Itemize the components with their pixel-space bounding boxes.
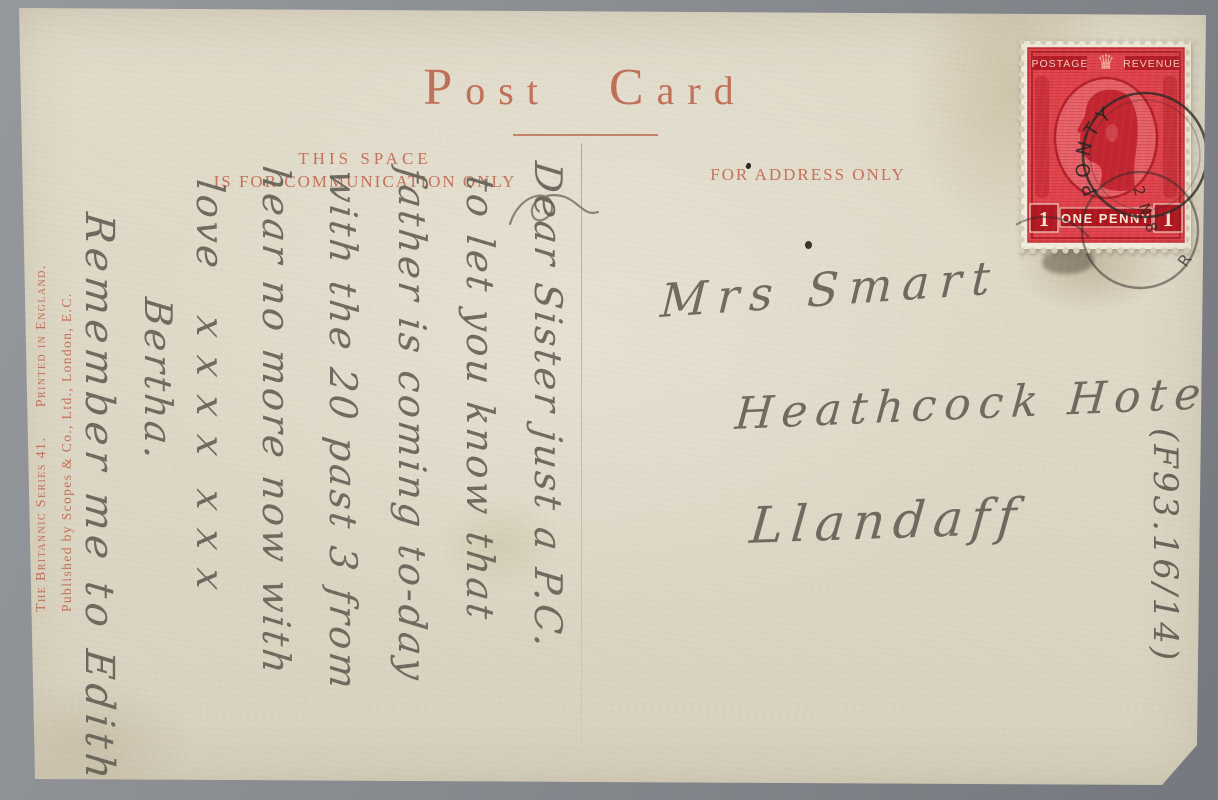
address-recipient: Mrs Smart: [659, 250, 1001, 328]
postmark: PONTY 2 N 8 R: [990, 60, 1218, 320]
pencil-squiggle: [505, 182, 605, 240]
postcard: Post Card THIS SPACE IS FOR COMMUNICATIO…: [0, 0, 1218, 800]
catalog-number: (F93.16/14): [1145, 428, 1185, 663]
imprint-series-line: The Britannic Series 41. Printed in Engl…: [34, 264, 50, 612]
postcard-title: Post Card: [360, 62, 810, 117]
postmark-date-text: 2 N 8: [1129, 184, 1162, 237]
message-line: to let you know that: [458, 174, 502, 624]
title-word-card: Card: [609, 62, 747, 117]
handwritten-message: Dear Sister just a P.C. to let you know …: [58, 158, 570, 750]
postmark-town-text: PONTY: [1072, 101, 1119, 200]
message-line: with the 20 past 3 from: [321, 168, 365, 694]
message-line: father is coming to-day: [390, 166, 434, 685]
address-label: FOR ADDRESS ONLY: [688, 165, 928, 185]
postmark-ring-partial: [990, 196, 1124, 320]
scan-background: Post Card THIS SPACE IS FOR COMMUNICATIO…: [0, 0, 1218, 800]
title-word-post: Post: [423, 62, 551, 117]
ink-dot: [805, 241, 812, 249]
message-line: hear no more now with: [254, 164, 298, 679]
address-town: Llandaff: [748, 487, 1027, 555]
title-underline-rule: [513, 134, 658, 136]
message-postscript: Remember me to Edith.: [76, 211, 122, 800]
message-kisses-line: love x x x x x x x: [188, 178, 232, 595]
message-signature: Bertha.: [136, 296, 180, 465]
